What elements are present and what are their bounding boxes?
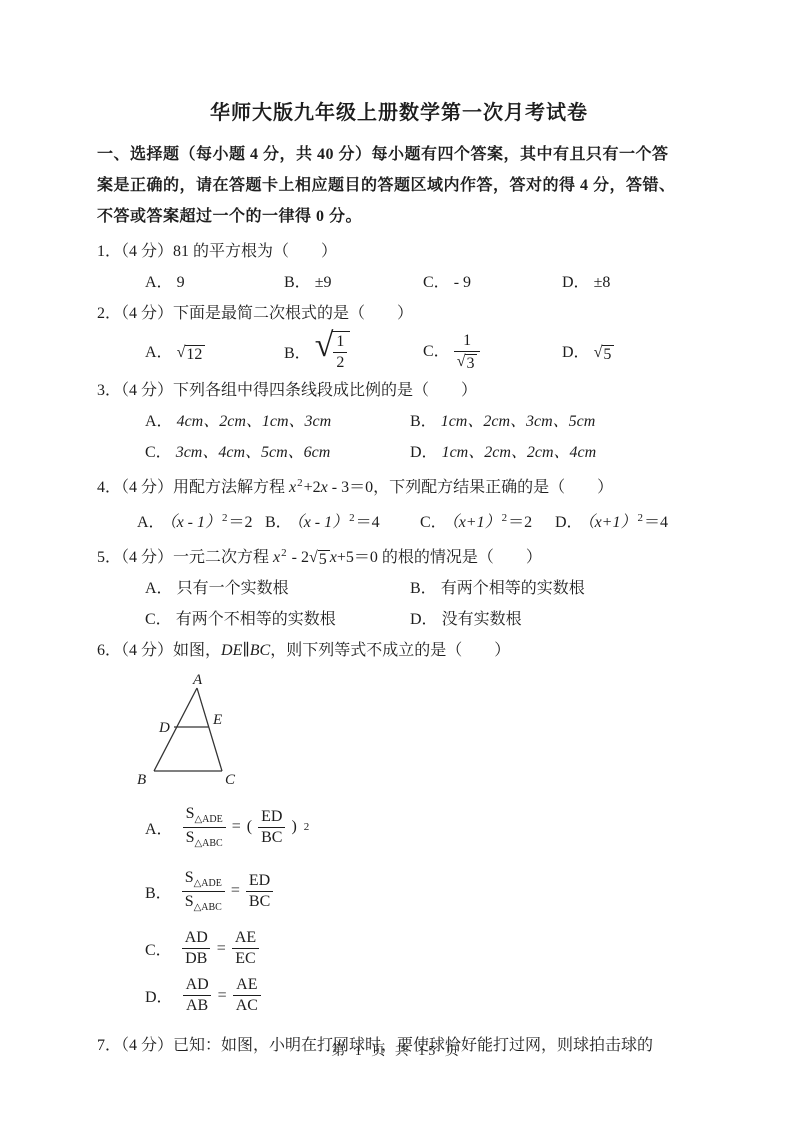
option-text: 没有实数根 bbox=[442, 611, 522, 628]
option-label: A． bbox=[145, 344, 173, 361]
option-label: D． bbox=[410, 611, 438, 628]
q5-option-b: B．有两个相等的实数根 bbox=[410, 573, 701, 604]
subscript: △ABC bbox=[194, 838, 222, 849]
math-exponent: 2 bbox=[222, 512, 228, 524]
q4-stem: 4．（4 分）用配方法解方程 x2+2x - 3＝0，下列配方结果正确的是（ ） bbox=[97, 468, 701, 503]
q3-option-b: B．1cm、2cm、3cm、5cm bbox=[410, 406, 701, 437]
math-rhs: ＝4 bbox=[644, 514, 668, 531]
numerator: AD bbox=[182, 928, 211, 948]
q6-stem: 6．（4 分）如图，DE∥BC，则下列等式不成立的是（ ） bbox=[97, 635, 701, 666]
radical-sign: √ bbox=[309, 550, 318, 566]
numerator: ED bbox=[246, 871, 273, 891]
math-var: x bbox=[289, 479, 296, 496]
sqrt-fraction: √12 bbox=[315, 331, 351, 373]
math-base: （x - 1） bbox=[169, 514, 221, 531]
section-intro: 一、选择题（每小题 4 分，共 40 分）每小题有四个答案，其中有且只有一个答 … bbox=[97, 139, 701, 232]
symbol-s: S bbox=[185, 893, 194, 910]
option-label: A． bbox=[145, 816, 173, 839]
stem-text: ，则下列等式不成立的是（ ） bbox=[270, 642, 510, 659]
numerator: 1 bbox=[460, 331, 474, 351]
option-label: B． bbox=[410, 413, 437, 430]
math-exponent: 2 bbox=[304, 821, 310, 833]
option-label: B． bbox=[145, 880, 172, 903]
exam-page: 华师大版九年级上册数学第一次月考试卷 一、选择题（每小题 4 分，共 40 分）… bbox=[0, 0, 793, 1122]
math-text: +2 bbox=[304, 479, 321, 496]
question-3: 3．（4 分）下列各组中得四条线段成比例的是（ ） A．4cm、2cm、1cm、… bbox=[97, 375, 701, 468]
option-text: 1cm、2cm、2cm、4cm bbox=[442, 444, 597, 461]
equals-sign: = bbox=[232, 818, 241, 836]
option-label: C． bbox=[420, 514, 447, 531]
option-label: D． bbox=[555, 514, 583, 531]
math-rhs: ＝4 bbox=[356, 514, 380, 531]
side-ac bbox=[197, 688, 222, 771]
option-text: - 9 bbox=[454, 274, 471, 291]
numerator: AE bbox=[233, 975, 260, 995]
math-segment: DE bbox=[221, 642, 242, 659]
subscript: △ADE bbox=[194, 878, 222, 889]
stem-text: 6．（4 分）如图， bbox=[97, 642, 221, 659]
option-text: 有两个相等的实数根 bbox=[441, 580, 585, 597]
math-text: +5＝0 bbox=[337, 549, 378, 566]
q3-option-a: A．4cm、2cm、1cm、3cm bbox=[145, 406, 410, 437]
q5-options-row1: A．只有一个实数根 B．有两个相等的实数根 bbox=[145, 573, 701, 604]
vertex-label-c: C bbox=[225, 772, 236, 788]
subscript: △ADE bbox=[194, 814, 222, 825]
numerator: AD bbox=[183, 975, 212, 995]
page-number: 第 1 页 共 15 页 bbox=[0, 1040, 793, 1060]
sqrt-expression: √5 bbox=[309, 550, 330, 569]
math-var: x bbox=[273, 549, 280, 566]
q5-option-d: D．没有实数根 bbox=[410, 604, 701, 635]
numerator: S△ADE bbox=[183, 804, 226, 827]
option-text: 有两个不相等的实数根 bbox=[176, 611, 336, 628]
option-text: 只有一个实数根 bbox=[177, 580, 289, 597]
area-ratio-fraction: S△ADE S△ABC bbox=[183, 804, 226, 850]
denominator: BC bbox=[246, 891, 273, 912]
numerator: 1 bbox=[333, 332, 347, 352]
option-label: C． bbox=[423, 343, 450, 360]
numerator: AE bbox=[232, 928, 259, 948]
side-ratio-fraction: EDBC bbox=[246, 871, 273, 912]
math-base: （x+1） bbox=[587, 514, 637, 531]
radical-sign: √ bbox=[594, 345, 603, 361]
symbol-s: S bbox=[185, 869, 194, 886]
option-label: A． bbox=[145, 274, 173, 291]
numerator: ED bbox=[258, 807, 285, 827]
denominator: S△ABC bbox=[182, 891, 225, 915]
triangle-figure: A B C D E bbox=[135, 672, 265, 792]
parallel-symbol: ∥ bbox=[242, 642, 249, 659]
q2-stem: 2．（4 分）下面是最简二次根式的是（ ） bbox=[97, 298, 701, 329]
q2-options: A．√12 B．√12 C．1√3 D．√5 bbox=[145, 329, 701, 375]
q3-option-c: C．3cm、4cm、5cm、6cm bbox=[145, 437, 410, 468]
area-ratio-fraction: S△ADE S△ABC bbox=[182, 868, 225, 914]
q3-stem: 3．（4 分）下列各组中得四条线段成比例的是（ ） bbox=[97, 375, 701, 406]
option-label: D． bbox=[145, 984, 173, 1007]
open-paren: ( bbox=[247, 818, 252, 836]
close-paren: ) bbox=[291, 818, 296, 836]
q1-option-b: B．±9 bbox=[284, 267, 423, 298]
math-base: （x - 1） bbox=[296, 514, 348, 531]
denominator: √3 bbox=[454, 351, 481, 373]
q3-options-row2: C．3cm、4cm、5cm、6cm D．1cm、2cm、2cm、4cm bbox=[145, 437, 701, 468]
option-label: D． bbox=[562, 274, 590, 291]
radicand: 5 bbox=[318, 550, 330, 569]
radicand: 3 bbox=[465, 354, 477, 373]
equals-sign: = bbox=[217, 940, 226, 958]
q5-option-a: A．只有一个实数根 bbox=[145, 573, 410, 604]
vertex-label-b: B bbox=[137, 772, 146, 788]
q2-option-d: D．√5 bbox=[562, 339, 701, 364]
denominator: S△ABC bbox=[183, 827, 226, 851]
right-fraction: AEEC bbox=[232, 928, 259, 969]
math-base: （x+1） bbox=[451, 514, 501, 531]
equals-sign: = bbox=[231, 882, 240, 900]
radical-sign: √ bbox=[457, 354, 466, 370]
left-fraction: ADAB bbox=[183, 975, 212, 1016]
option-label: B． bbox=[284, 274, 311, 291]
right-fraction: AEAC bbox=[233, 975, 261, 1016]
equals-sign: = bbox=[218, 987, 227, 1005]
side-ratio-fraction: EDBC bbox=[258, 807, 285, 848]
option-label: C． bbox=[145, 937, 172, 960]
left-fraction: ADDB bbox=[182, 928, 211, 969]
q5-stem: 5．（4 分）一元二次方程 x2 - 2√5x+5＝0 的根的情况是（ ） bbox=[97, 538, 701, 573]
subscript: △ABC bbox=[194, 902, 222, 913]
math-segment: BC bbox=[250, 642, 270, 659]
denominator: EC bbox=[232, 948, 258, 969]
math-exponent: 2 bbox=[297, 477, 303, 489]
option-label: D． bbox=[410, 444, 438, 461]
radicand: 12 bbox=[185, 345, 205, 364]
denominator: AB bbox=[183, 995, 211, 1016]
q3-options-row1: A．4cm、2cm、1cm、3cm B．1cm、2cm、3cm、5cm bbox=[145, 406, 701, 437]
option-label: D． bbox=[562, 344, 590, 361]
option-text: ±9 bbox=[315, 274, 332, 291]
denominator: BC bbox=[258, 827, 285, 848]
math-rhs: ＝2 bbox=[508, 514, 532, 531]
vertex-label-d: D bbox=[158, 720, 170, 736]
stem-text: ，下列配方结果正确的是（ ） bbox=[373, 479, 613, 496]
q1-option-c: C．- 9 bbox=[423, 267, 562, 298]
option-text: 9 bbox=[177, 274, 185, 291]
option-label: A． bbox=[145, 580, 173, 597]
option-text: 4cm、2cm、1cm、3cm bbox=[177, 413, 332, 430]
option-label: C． bbox=[145, 611, 172, 628]
question-6: 6．（4 分）如图，DE∥BC，则下列等式不成立的是（ ） A B C D E … bbox=[97, 635, 701, 1016]
option-label: C． bbox=[423, 274, 450, 291]
q6-option-b: B． S△ADE S△ABC = EDBC bbox=[145, 868, 701, 914]
q6-option-d: D． ADAB = AEAC bbox=[145, 975, 701, 1016]
q4-option-d: D．（x+1）2＝4 bbox=[555, 503, 701, 538]
fraction: 1√3 bbox=[454, 331, 481, 373]
option-label: A． bbox=[145, 413, 173, 430]
option-text: 1cm、2cm、3cm、5cm bbox=[441, 413, 596, 430]
radicand: 5 bbox=[602, 345, 614, 364]
q4-options: A．（x - 1）2＝2 B．（x - 1）2＝4 C．（x+1）2＝2 D．（… bbox=[137, 503, 701, 538]
denominator: DB bbox=[182, 948, 210, 969]
q1-option-a: A．9 bbox=[145, 267, 284, 298]
q6-option-a: A． S△ADE S△ABC = ( EDBC ) 2 bbox=[145, 804, 701, 850]
stem-text: 4．（4 分）用配方法解方程 bbox=[97, 479, 289, 496]
radicand: 12 bbox=[332, 331, 350, 373]
q4-option-a: A．（x - 1）2＝2 bbox=[137, 503, 265, 538]
q1-options: A．9 B．±9 C．- 9 D．±8 bbox=[145, 267, 701, 298]
option-text: ±8 bbox=[594, 274, 611, 291]
option-label: B． bbox=[410, 580, 437, 597]
q1-stem: 1．（4 分）81 的平方根为（ ） bbox=[97, 236, 701, 267]
q5-options-row2: C．有两个不相等的实数根 D．没有实数根 bbox=[145, 604, 701, 635]
sqrt-expression: √5 bbox=[594, 345, 615, 364]
option-label: B． bbox=[284, 345, 311, 362]
math-exponent: 2 bbox=[502, 512, 508, 524]
denominator: 2 bbox=[333, 352, 347, 373]
sqrt-expression: √3 bbox=[457, 354, 478, 373]
vertex-label-a: A bbox=[192, 672, 203, 688]
radical-sign: √ bbox=[177, 345, 186, 361]
q2-option-c: C．1√3 bbox=[423, 331, 562, 373]
q3-option-d: D．1cm、2cm、2cm、4cm bbox=[410, 437, 701, 468]
math-rhs: ＝2 bbox=[229, 514, 253, 531]
stem-text: 的根的情况是（ ） bbox=[378, 549, 542, 566]
q4-option-b: B．（x - 1）2＝4 bbox=[265, 503, 420, 538]
math-exponent: 2 bbox=[349, 512, 355, 524]
question-4: 4．（4 分）用配方法解方程 x2+2x - 3＝0，下列配方结果正确的是（ ）… bbox=[97, 468, 701, 538]
denominator: AC bbox=[233, 995, 261, 1016]
q1-option-d: D．±8 bbox=[562, 267, 701, 298]
math-exponent: 2 bbox=[281, 547, 287, 559]
option-label: B． bbox=[265, 514, 292, 531]
page-title: 华师大版九年级上册数学第一次月考试卷 bbox=[97, 96, 701, 125]
sqrt-expression: √12 bbox=[177, 345, 206, 364]
option-label: A． bbox=[137, 514, 165, 531]
vertex-label-e: E bbox=[212, 712, 222, 728]
math-text: - 2 bbox=[288, 549, 309, 566]
option-text: 3cm、4cm、5cm、6cm bbox=[176, 444, 331, 461]
stem-text: 5．（4 分）一元二次方程 bbox=[97, 549, 273, 566]
math-var: x bbox=[330, 549, 337, 566]
question-5: 5．（4 分）一元二次方程 x2 - 2√5x+5＝0 的根的情况是（ ） A．… bbox=[97, 538, 701, 635]
math-var: x bbox=[321, 479, 328, 496]
q6-option-c: C． ADDB = AEEC bbox=[145, 928, 701, 969]
option-label: C． bbox=[145, 444, 172, 461]
q5-option-c: C．有两个不相等的实数根 bbox=[145, 604, 410, 635]
q2-option-a: A．√12 bbox=[145, 339, 284, 364]
question-1: 1．（4 分）81 的平方根为（ ） A．9 B．±9 C．- 9 D．±8 bbox=[97, 236, 701, 298]
numerator: S△ADE bbox=[182, 868, 225, 891]
math-exponent: 2 bbox=[637, 512, 643, 524]
question-2: 2．（4 分）下面是最简二次根式的是（ ） A．√12 B．√12 C．1√3 … bbox=[97, 298, 701, 375]
q4-option-c: C．（x+1）2＝2 bbox=[420, 503, 555, 538]
math-text: - 3＝0 bbox=[328, 479, 373, 496]
fraction: 12 bbox=[333, 332, 347, 373]
radical-sign: √ bbox=[315, 329, 334, 363]
q2-option-b: B．√12 bbox=[284, 331, 423, 373]
